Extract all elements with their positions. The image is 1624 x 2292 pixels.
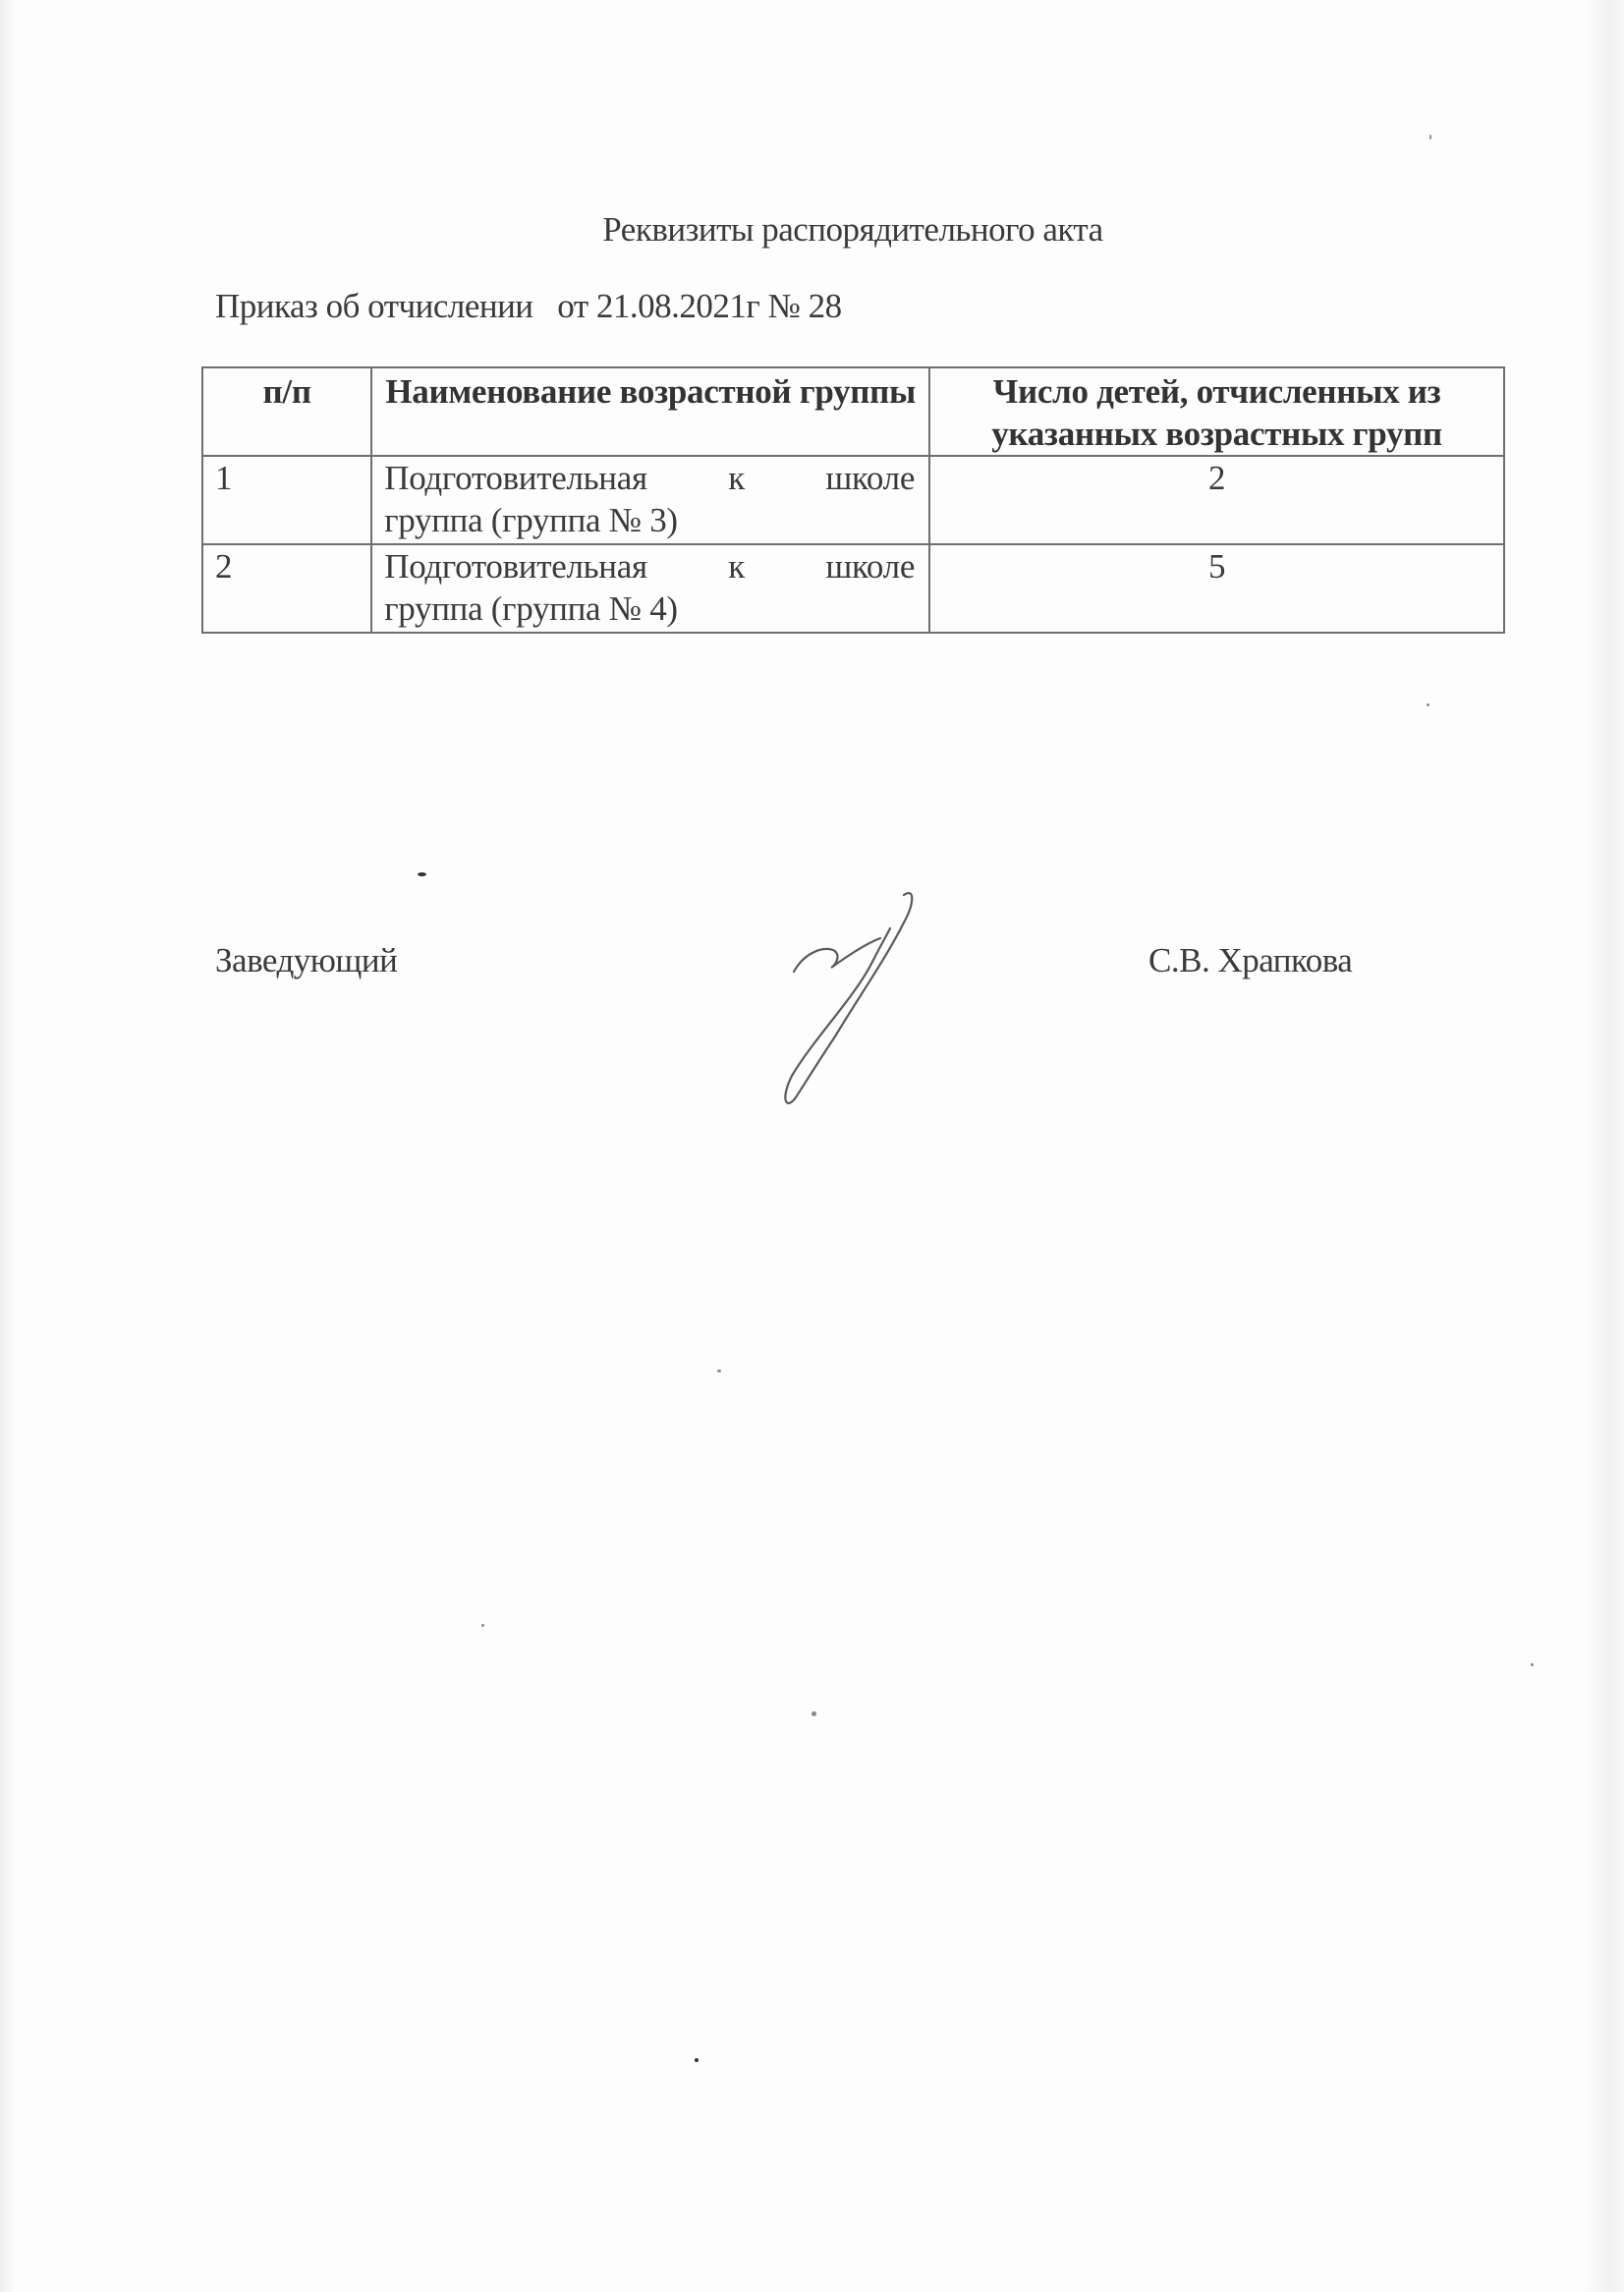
row-number: 1	[202, 456, 371, 544]
scan-edge-left	[0, 0, 14, 2292]
header-children-count: Число детей, отчисленных из указанных во…	[929, 367, 1504, 456]
table-row: 1 Подготовительная к школе группа (групп…	[202, 456, 1504, 544]
table-header-row: п/п Наименование возрастной группы Число…	[202, 367, 1504, 456]
name-word: школе	[825, 457, 915, 499]
header-number: п/п	[202, 367, 371, 456]
document-title: Реквизиты распорядительного акта	[0, 210, 1624, 250]
scan-speck	[695, 2058, 699, 2062]
scan-speck	[1531, 1663, 1534, 1666]
scan-edge-right	[1583, 0, 1624, 2292]
name-word: к	[728, 457, 745, 499]
row-group-name: Подготовительная к школе группа (группа …	[371, 544, 929, 633]
signatory-role: Заведующий	[215, 941, 397, 980]
order-reference: Приказ об отчислении от 21.08.2021г № 28	[215, 287, 842, 326]
handwritten-signature-icon	[756, 889, 973, 1105]
age-groups-table: п/п Наименование возрастной группы Число…	[201, 366, 1505, 634]
name-word: Подготовительная	[384, 545, 647, 587]
scan-speck	[812, 1711, 816, 1716]
row-children-count: 5	[929, 544, 1504, 633]
scan-speck	[418, 872, 426, 876]
scan-speck	[1427, 703, 1429, 706]
name-word: школе	[825, 545, 915, 587]
scan-speck	[481, 1624, 484, 1627]
scan-speck	[1429, 135, 1431, 140]
name-word: к	[728, 545, 745, 587]
scan-speck	[717, 1370, 721, 1372]
header-group-name: Наименование возрастной группы	[371, 367, 929, 456]
row-number: 2	[202, 544, 371, 633]
row-children-count: 2	[929, 456, 1504, 544]
name-line-2: группа (группа № 4)	[384, 587, 915, 630]
name-word: Подготовительная	[384, 457, 647, 499]
row-group-name: Подготовительная к школе группа (группа …	[371, 456, 929, 544]
table-row: 2 Подготовительная к школе группа (групп…	[202, 544, 1504, 633]
name-line-2: группа (группа № 3)	[384, 499, 915, 541]
signatory-name: С.В. Храпкова	[1148, 941, 1352, 980]
